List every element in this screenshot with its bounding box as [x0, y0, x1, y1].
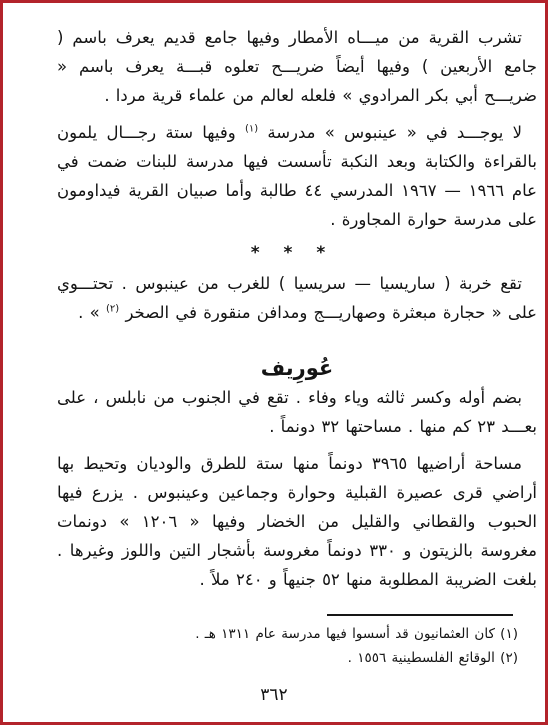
paragraph-village-water-mosque: تشرب القرية من ميـــاه الأمطار وفيها جام…: [57, 23, 537, 110]
page: تشرب القرية من ميـــاه الأمطار وفيها جام…: [3, 3, 545, 722]
page-number: ٣٦٢: [3, 684, 545, 706]
paragraph-einabus-education-text-start: لا يوجـــد في « عينبوس » مدرسة: [258, 123, 522, 142]
paragraph-khirbet-sarisiya-text-start: تقع خربة ( ساريسيا — سريسيا ) للغرب من ع…: [57, 274, 537, 322]
heading-urif: عُورِيف: [57, 353, 537, 383]
footnote-item-2: (٢) الوقائع الفلسطينية ١٥٥٦ .: [3, 646, 518, 670]
paragraph-khirbet-sarisiya-text-end: » .: [78, 303, 106, 322]
paragraph-urif-lands-taxes: مساحة أراضيها ٣٩٦٥ دونماً منها ستة للطرق…: [57, 449, 537, 594]
scanned-book-page: { "page": { "border_color": "#b3232b", "…: [0, 0, 548, 725]
footnotes: (١) كان العثمانيون قد أسسوا فيها مدرسة ع…: [3, 622, 545, 670]
footnote-marker-1: (١): [245, 124, 258, 135]
footnote-item-1: (١) كان العثمانيون قد أسسوا فيها مدرسة ع…: [3, 622, 518, 646]
page-body: تشرب القرية من ميـــاه الأمطار وفيها جام…: [3, 3, 545, 594]
page-footer: (١) كان العثمانيون قد أسسوا فيها مدرسة ع…: [3, 614, 545, 706]
paragraph-urif-name-location: بضم أوله وكسر ثالثه وياء وفاء . تقع في ا…: [57, 383, 537, 441]
paragraph-khirbet-sarisiya: تقع خربة ( ساريسيا — سريسيا ) للغرب من ع…: [57, 269, 537, 327]
paragraph-einabus-education: لا يوجـــد في « عينبوس » مدرسة (١) وفيها…: [57, 118, 537, 234]
section-divider-stars: * * *: [57, 242, 537, 264]
footnote-marker-2: (٢): [106, 304, 119, 315]
footnote-separator-line: [327, 614, 513, 616]
